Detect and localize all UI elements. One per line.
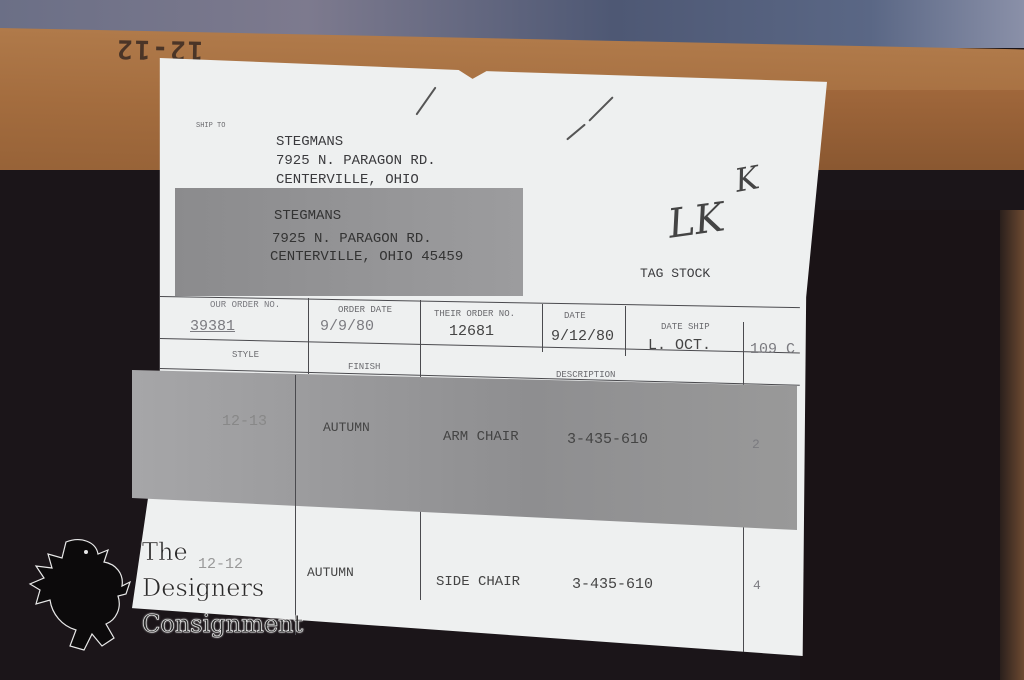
- wood-edge-right: [1000, 210, 1024, 680]
- order-date-value: 9/9/80: [320, 318, 374, 335]
- row-1-finish: AUTUMN: [323, 420, 370, 435]
- sold-to-city: CENTERVILLE, OHIO 45459: [270, 249, 463, 265]
- dark-upholstery-right: [800, 210, 1024, 680]
- row-2-description: SIDE CHAIR: [436, 574, 520, 590]
- row-2-code: 3-435-610: [572, 576, 653, 593]
- col-description: DESCRIPTION: [556, 370, 615, 380]
- date-value: 9/12/80: [551, 328, 614, 345]
- col-style: STYLE: [232, 350, 259, 360]
- sold-to-name: STEGMANS: [274, 208, 341, 224]
- ship-to-street: 7925 N. PARAGON RD.: [276, 153, 436, 169]
- griffin-icon: [26, 534, 136, 654]
- ship-to-label: SHIP TO: [196, 122, 226, 130]
- sold-to-street: 7925 N. PARAGON RD.: [272, 231, 432, 247]
- sa-value: 109 C: [750, 341, 795, 358]
- ship-to-city: CENTERVILLE, OHIO: [276, 172, 419, 188]
- date-label: DATE: [564, 311, 586, 321]
- our-order-no-label: OUR ORDER NO.: [210, 300, 280, 310]
- handwritten-initials: LK: [665, 194, 727, 247]
- row-1-style: 12-13: [222, 413, 267, 430]
- order-date-label: ORDER DATE: [338, 305, 392, 315]
- row-1-ordered: 2: [752, 437, 760, 452]
- photo-scene: 12-12 SHIP TO STEGMANS 7925 N. PARAGON R…: [0, 0, 1024, 680]
- watermark-line1: The: [142, 538, 188, 566]
- row-2-ordered: 4: [753, 578, 761, 593]
- watermark-line3: Consignment: [142, 610, 303, 638]
- their-order-no-label: THEIR ORDER NO.: [434, 309, 515, 319]
- their-order-no-value: 12681: [449, 323, 494, 340]
- watermark-line2: Designers: [142, 574, 264, 602]
- watermark-logo: The Designers Consignment: [26, 534, 336, 654]
- date-ship-label: DATE SHIP: [661, 322, 710, 332]
- ship-to-name: STEGMANS: [276, 134, 343, 150]
- grid-line: [542, 304, 543, 352]
- col-finish: FINISH: [348, 362, 380, 372]
- date-ship-value: L. OCT.: [648, 337, 711, 354]
- tag-stock-label: TAG STOCK: [640, 266, 710, 281]
- grid-line: [625, 306, 626, 356]
- our-order-no-value: 39381: [190, 318, 235, 335]
- row-1-code: 3-435-610: [567, 431, 648, 448]
- grid-line: [308, 298, 309, 374]
- row-1-description: ARM CHAIR: [443, 429, 519, 445]
